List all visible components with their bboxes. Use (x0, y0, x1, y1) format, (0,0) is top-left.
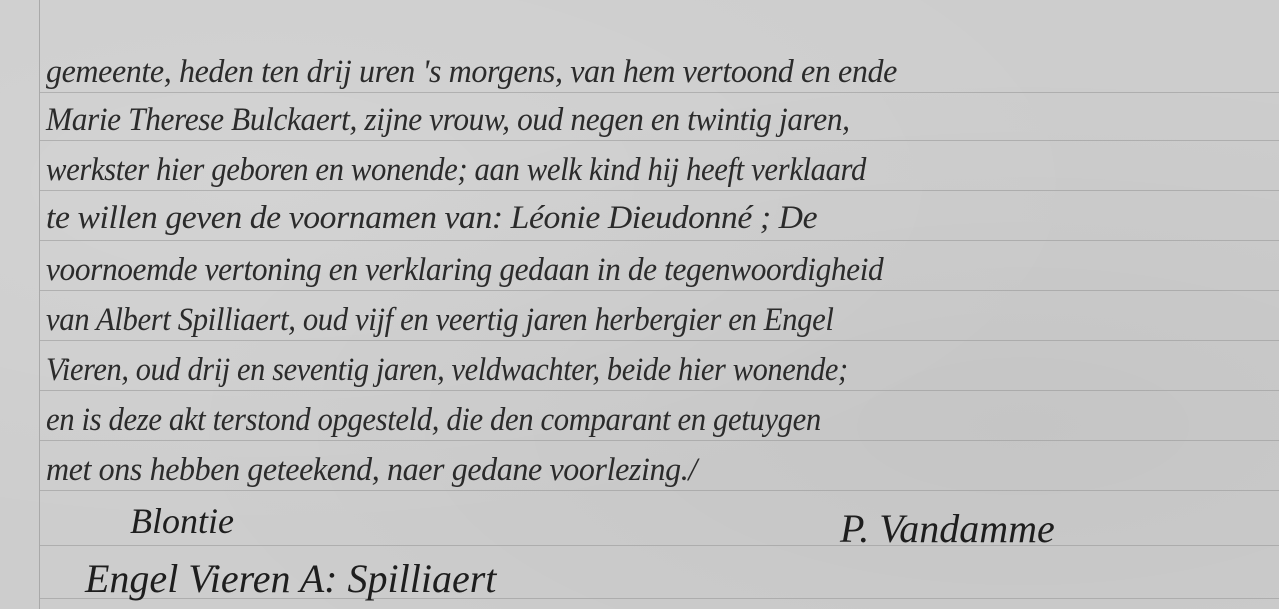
ruled-line (40, 440, 1279, 441)
text-line-8: en is deze akt terstond opgesteld, die d… (46, 402, 821, 439)
text-line-5: voornoemde vertoning en verklaring gedaa… (46, 252, 883, 289)
text-line-2: Marie Therese Bulckaert, zijne vrouw, ou… (46, 102, 850, 139)
ruled-line (40, 290, 1279, 291)
text-line-9: met ons hebben geteekend, naer gedane vo… (46, 452, 697, 489)
ruled-line (40, 490, 1279, 491)
ruled-line (40, 340, 1279, 341)
signature-witnesses: Engel Vieren A: Spilliaert (85, 555, 496, 602)
ruled-line (40, 190, 1279, 191)
ruled-line (40, 545, 1279, 546)
text-line-1: gemeente, heden ten drij uren 's morgens… (46, 54, 897, 91)
ruled-line (40, 92, 1279, 93)
text-line-4: te willen geven de voornamen van: Léonie… (46, 200, 817, 237)
signature-blontie: Blontie (130, 500, 234, 542)
signature-vandamme: P. Vandamme (840, 505, 1055, 552)
ruled-line (40, 240, 1279, 241)
document-page: gemeente, heden ten drij uren 's morgens… (0, 0, 1279, 609)
ruled-line (40, 390, 1279, 391)
text-line-3: werkster hier geboren en wonende; aan we… (46, 152, 866, 189)
text-line-7: Vieren, oud drij en seventig jaren, veld… (46, 352, 848, 389)
ruled-line (40, 140, 1279, 141)
text-line-6: van Albert Spilliaert, oud vijf en veert… (46, 302, 834, 339)
